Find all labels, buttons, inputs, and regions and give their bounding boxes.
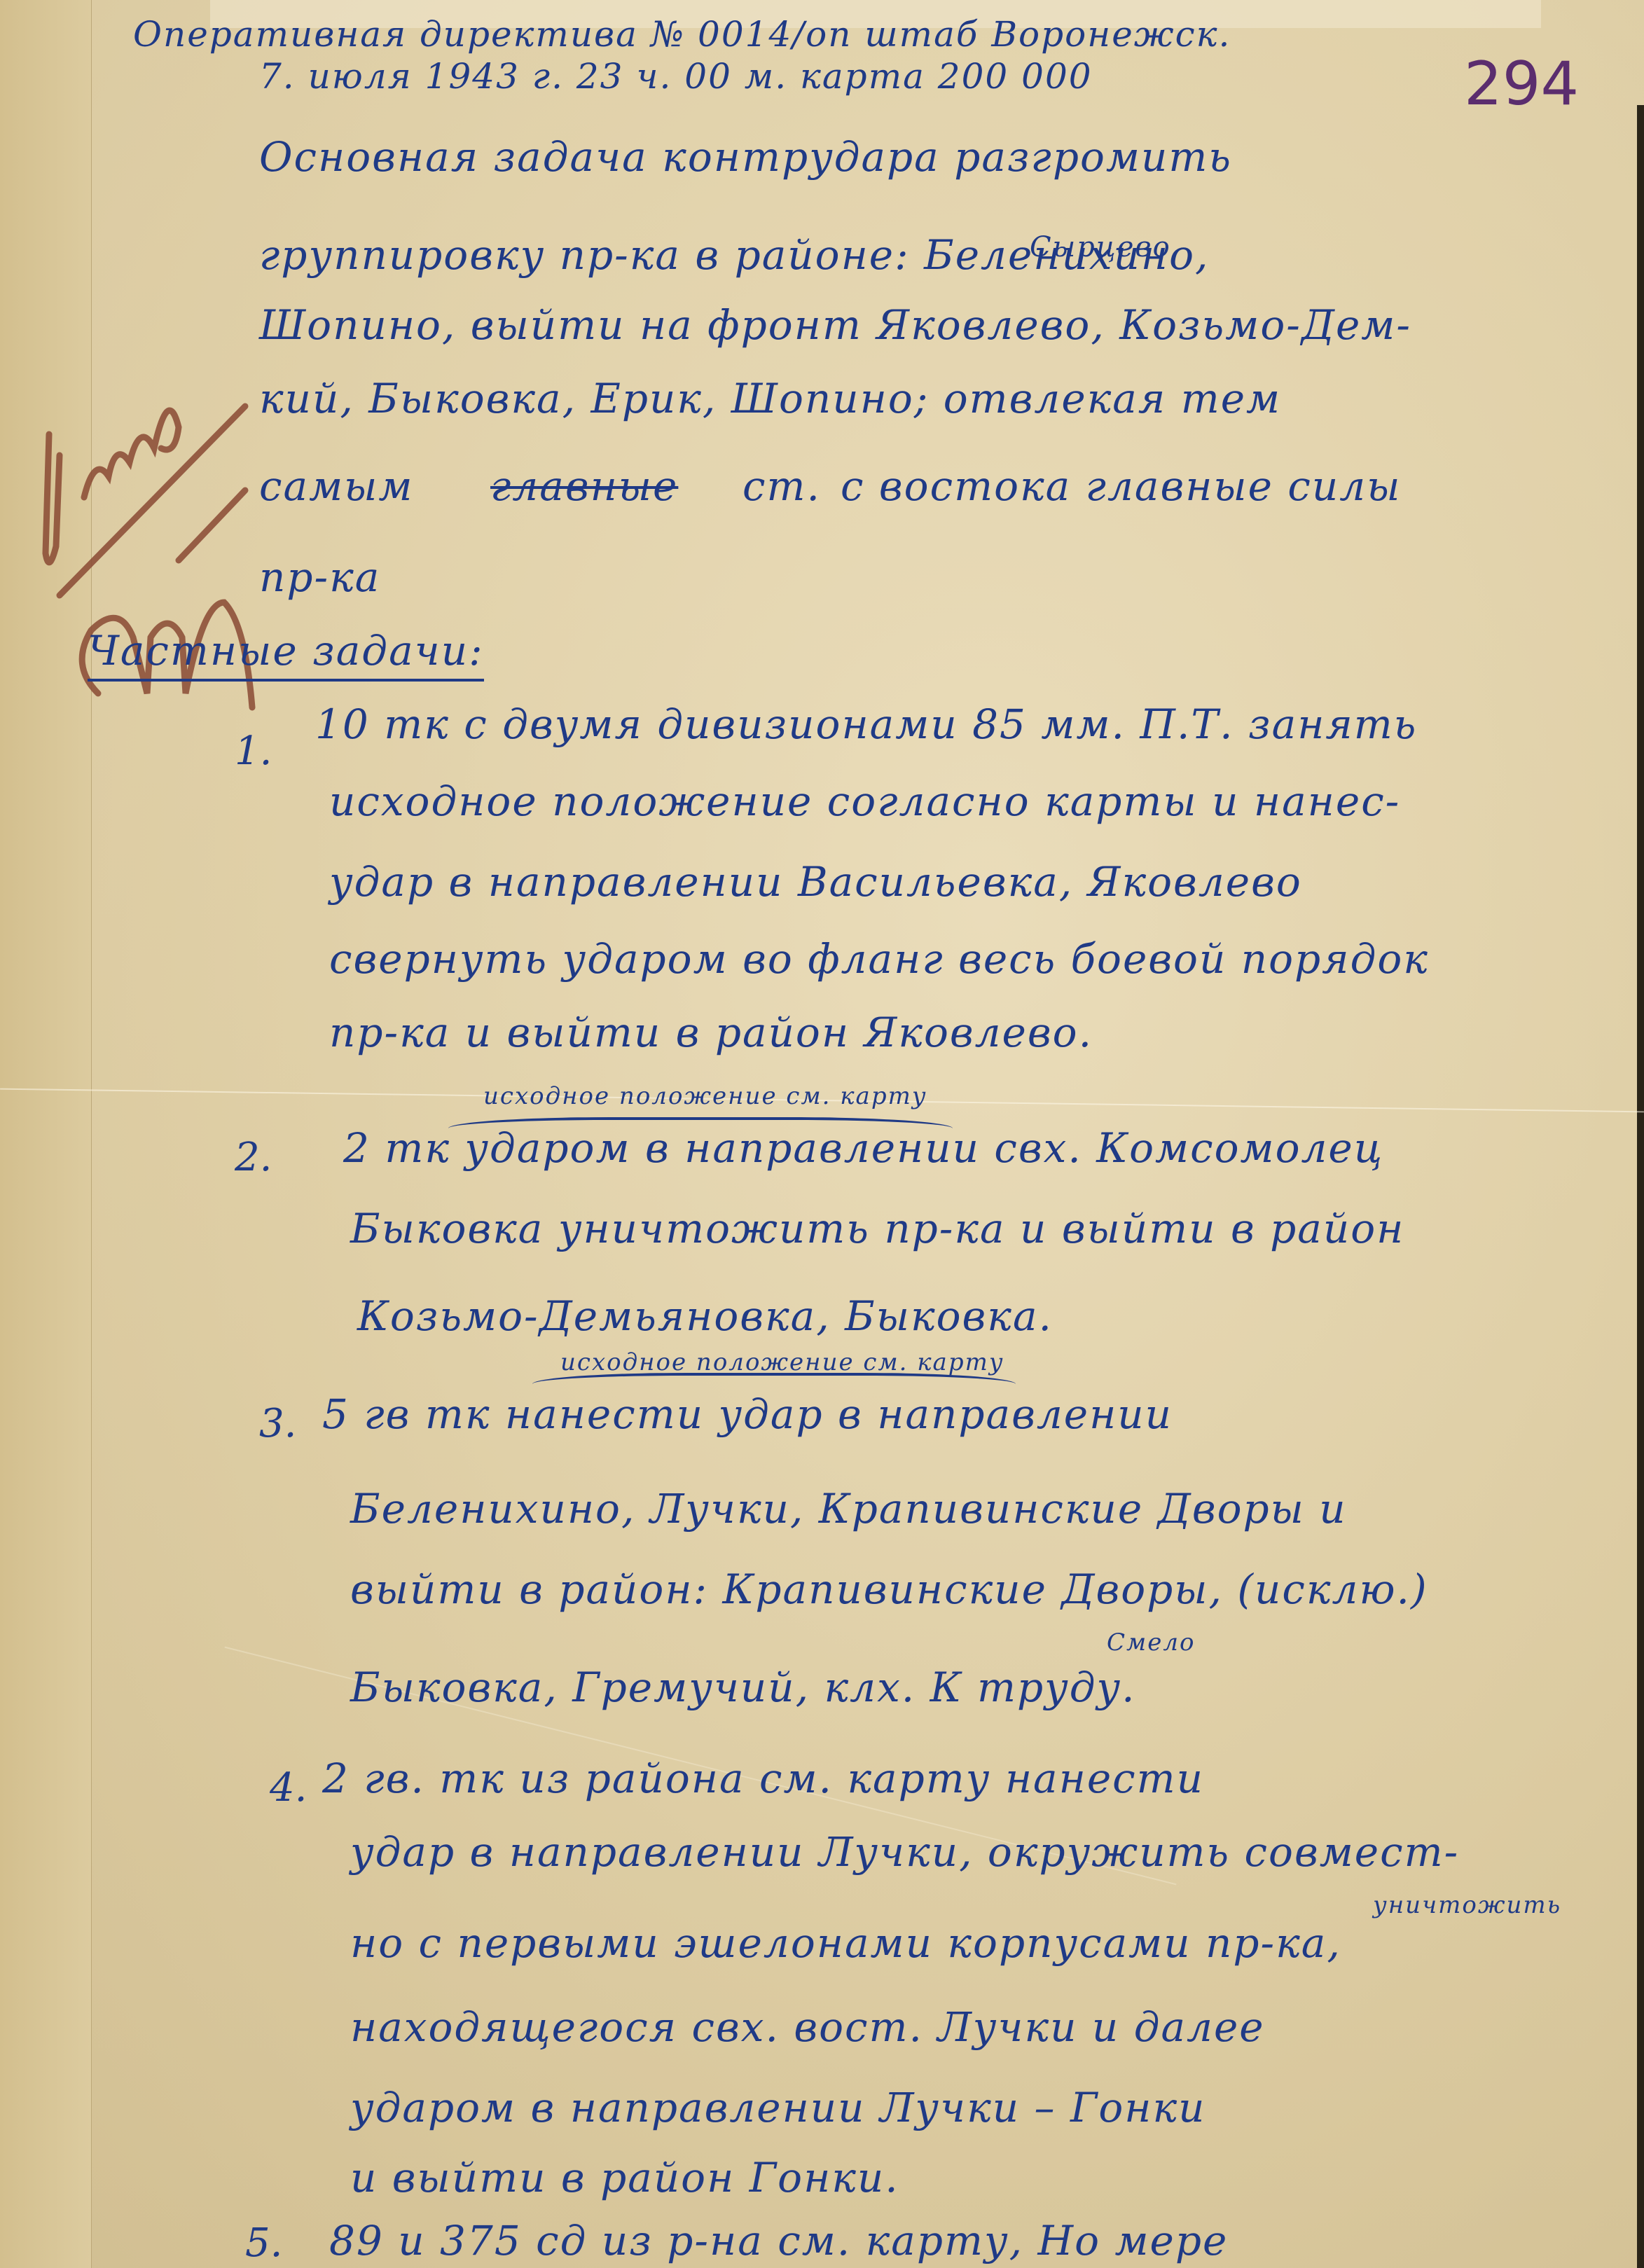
main-task-line: Шопино, выйти на фронт Яковлево, Козьмо-… [259,301,1411,349]
folio-number: 294 [1464,49,1579,119]
insertion-note: уничтожить [1373,1891,1561,1919]
task-line: Козьмо-Демьяновка, Быковка. [357,1292,1053,1340]
task-line: 5 гв тк нанести удар в направлении [322,1390,1173,1438]
task-line: удар в направлении Лучки, окружить совме… [350,1828,1459,1876]
directive-date: 7. июля 1943 г. 23 ч. 00 м. карта 200 00… [259,56,1093,97]
task-number: 2. [235,1135,272,1180]
scan-right-edge [1637,105,1644,2268]
directive-title: Оперативная директива № 0014/оп штаб Вор… [133,14,1231,55]
insertion-note: исходное положение см. карту [483,1082,927,1110]
task-line: 2 гв. тк из района см. карту нанести [322,1755,1204,1802]
main-task-line: самым [259,462,413,510]
insertion-mark [532,1373,1016,1384]
task-number: 1. [235,728,272,774]
main-task-line: Основная задача контрудара разгромить [259,133,1232,181]
main-task-line: с востока главные силы [841,462,1401,510]
task-line: 2 тк ударом в направлении свх. Комсомоле… [343,1124,1383,1172]
struck-word: главные [490,462,678,510]
task-line: 89 и 375 сд из р-на см. карту, Но мере [329,2217,1228,2264]
section-heading-particular-tasks: Частные задачи: [88,627,484,682]
abbreviation: ст. [742,462,821,510]
task-line: выйти в район: Крапивинские Дворы, (искл… [350,1565,1428,1613]
task-line: удар в направлении Васильевка, Яковлево [329,858,1302,906]
main-task-line: пр-ка [259,553,380,601]
insertion-note: Сырцево [1030,231,1171,263]
task-line: свернуть ударом во фланг весь боевой пор… [329,935,1429,983]
task-line: находящегося свх. вост. Лучки и далее [350,2003,1265,2051]
task-line: ударом в направлении Лучки – Гонки [350,2084,1206,2131]
insertion-note: Смело [1107,1629,1195,1657]
task-line: Быковка уничтожить пр-ка и выйти в район [350,1205,1404,1252]
paper-left-margin [0,0,92,2268]
insertion-note: исходное положение см. карту [560,1348,1004,1376]
task-number: 5. [245,2220,282,2266]
task-number: 3. [259,1401,296,1446]
main-task-line: кий, Быковка, Ерик, Шопино; отвлекая тем [259,375,1281,422]
task-line: но с первыми эшелонами корпусами пр-ка, [350,1919,1341,1967]
task-line: 10 тк с двумя дивизионами 85 мм. П.Т. за… [315,700,1417,748]
task-line: пр-ка и выйти в район Яковлево. [329,1009,1093,1056]
task-line: Быковка, Гремучий, клх. К труду. [350,1664,1136,1711]
task-line: Беленихино, Лучки, Крапивинские Дворы и [350,1485,1347,1533]
task-number: 4. [270,1765,307,1811]
task-line: исходное положение согласно карты и нане… [329,777,1400,825]
task-line: и выйти в район Гонки. [350,2154,899,2201]
